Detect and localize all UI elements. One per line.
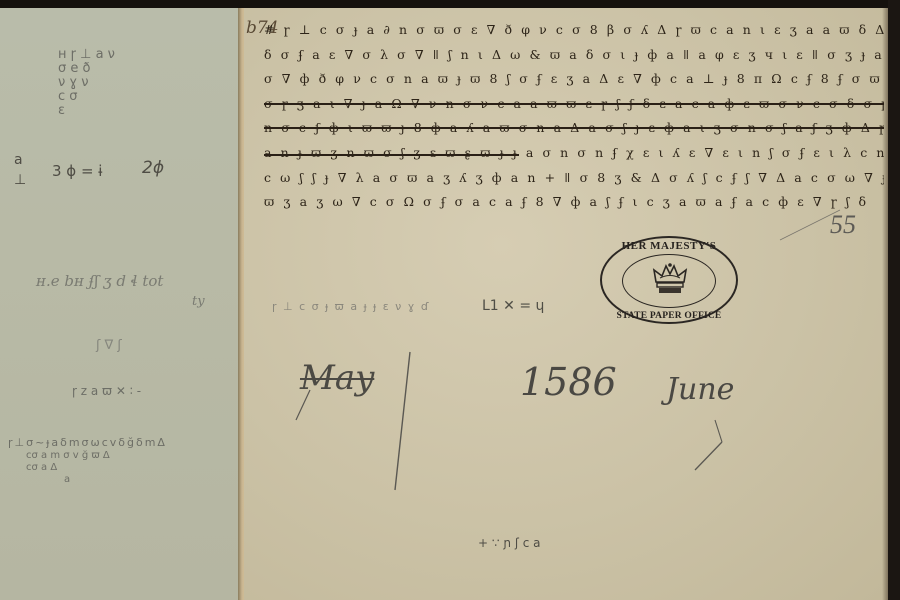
pencil-bottom-mark: + ∵ ɲ ʃ c a — [478, 536, 541, 550]
pencil-strokes — [0, 0, 900, 600]
